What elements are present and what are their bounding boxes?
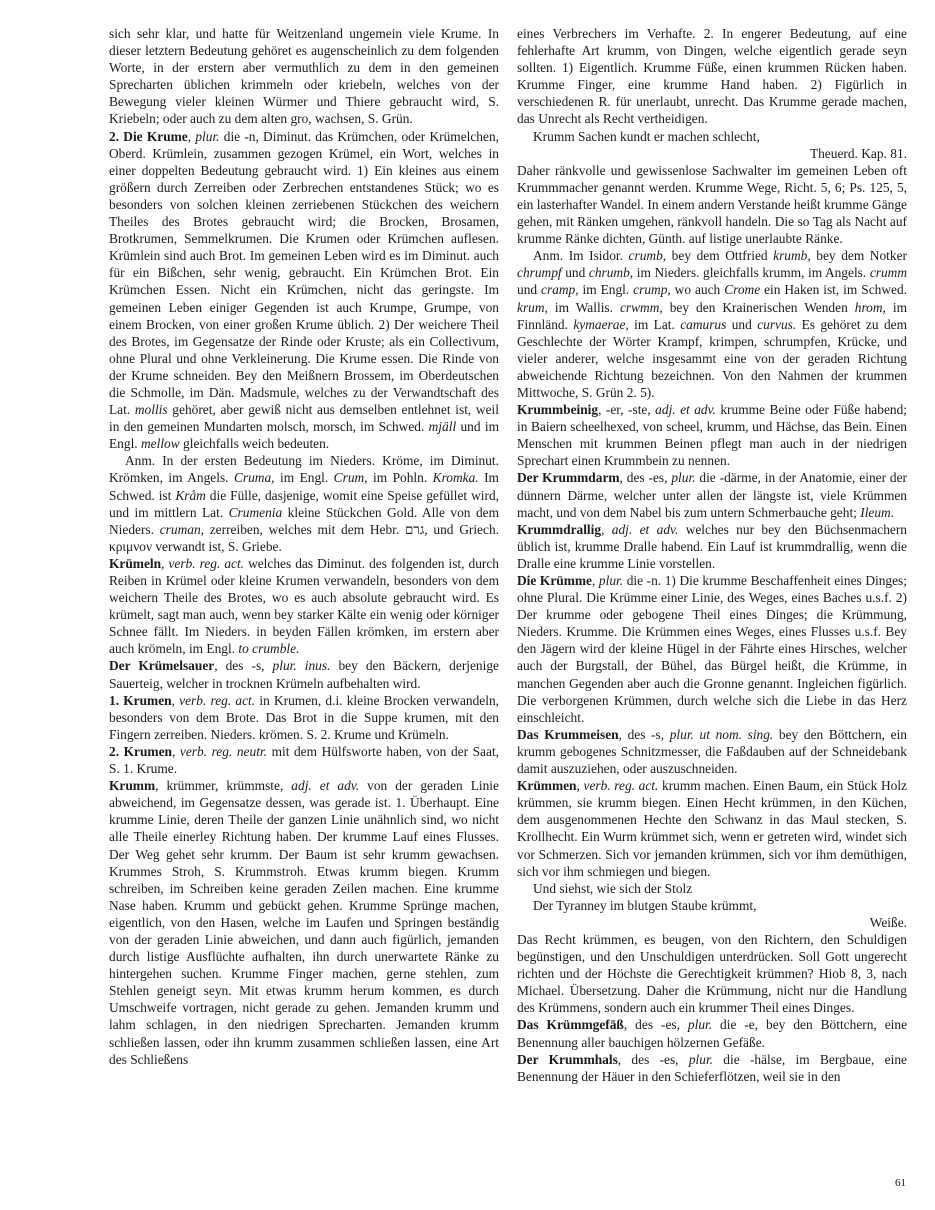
italic-term: chrumpf [517, 265, 562, 280]
italic-term: mjäll [429, 419, 457, 434]
body-text: , krümmer, krümmste, [155, 778, 291, 793]
body-text: im Lat. [629, 317, 680, 332]
italic-term: plur. [195, 129, 219, 144]
headword: Krümeln [109, 556, 161, 571]
body-text: im Engl. [579, 282, 634, 297]
body-text: gleichfalls weich bedeuten. [180, 436, 329, 451]
dictionary-entry: 2. Die Krume, plur. die -n, Diminut. das… [109, 128, 499, 453]
italic-term: verb. reg. act. [179, 693, 255, 708]
body-text: , des -s, [214, 658, 272, 673]
dictionary-entry: Der Krummhals, des -es, plur. die -hälse… [517, 1051, 907, 1085]
dictionary-page: sich sehr klar, und hatte für Weitzenlan… [0, 0, 935, 1210]
italic-term: cramp, [541, 282, 579, 297]
body-text: und [726, 317, 757, 332]
dictionary-entry: Krummbeinig, -er, -ste, adj. et adv. kru… [517, 401, 907, 469]
dictionary-entry: Krümeln, verb. reg. act. welches das Dim… [109, 555, 499, 658]
headword: Der Krümelsauer [109, 658, 214, 673]
dictionary-entry: 1. Krumen, verb. reg. act. in Krumen, d.… [109, 692, 499, 743]
headword: Krummbeinig [517, 402, 598, 417]
body-text: Theuerd. Kap. 81. [810, 146, 907, 161]
dictionary-entry: Die Krümme, plur. die -n. 1) Die krumme … [517, 572, 907, 726]
body-text: , [601, 522, 612, 537]
headword: Der Krummhals [517, 1052, 618, 1067]
left-column: sich sehr klar, und hatte für Weitzenlan… [109, 25, 499, 1068]
body-text: Daher ränkvolle und gewissenlose Sachwal… [517, 163, 907, 246]
italic-term: plur. ut nom. sing. [670, 727, 774, 742]
body-text: und [562, 265, 589, 280]
body-text: , des -s, [619, 727, 670, 742]
verse-line: Krumm Sachen kundt er machen schlecht, [517, 128, 907, 145]
body-text: bey dem Ottfried [666, 248, 773, 263]
italic-term: plur. inus. [273, 658, 331, 673]
body-text: , [577, 778, 584, 793]
italic-term: kymaerae, [573, 317, 628, 332]
page-number: 61 [880, 1177, 906, 1189]
italic-term: cruman, [160, 522, 204, 537]
dictionary-entry: Der Krümelsauer, des -s, plur. inus. bey… [109, 657, 499, 691]
italic-term: plur. [671, 470, 695, 485]
italic-term: Cruma, [234, 470, 275, 485]
body-text: , [172, 744, 180, 759]
body-text: Weiße. [870, 915, 907, 930]
italic-term: Crum, [334, 470, 368, 485]
headword: Krumm [109, 778, 155, 793]
headword: Krümmen [517, 778, 577, 793]
italic-term: verb. reg. act. [168, 556, 244, 571]
right-column: eines Verbrechers im Verhafte. 2. In eng… [517, 25, 907, 1085]
body-text: Anm. Im Isidor. [533, 248, 629, 263]
dictionary-entry: Krumm, krümmer, krümmste, adj. et adv. v… [109, 777, 499, 1068]
italic-term: hrom, [855, 300, 886, 315]
verse-line: Und siehst, wie sich der Stolz [517, 880, 907, 897]
headword: Das Krummeisen [517, 727, 619, 742]
italic-term: Kromka. [433, 470, 479, 485]
italic-term: Crome [724, 282, 760, 297]
italic-term: curvus. [757, 317, 796, 332]
body-text: Das Recht krümmen, es beugen, von den Ri… [517, 932, 907, 1015]
body-text: sich sehr klar, und hatte für Weitzenlan… [109, 26, 499, 126]
headword: Das Krümmgefāß [517, 1017, 624, 1032]
citation: Theuerd. Kap. 81. [517, 145, 907, 162]
italic-term: crumb, [629, 248, 667, 263]
italic-term: chrumb, [589, 265, 633, 280]
italic-term: krum, [517, 300, 548, 315]
citation: Weiße. [517, 914, 907, 931]
italic-term: mellow [141, 436, 180, 451]
body-text: ein Haken ist, im Schwed. [760, 282, 907, 297]
body-text: im Wallis. [548, 300, 620, 315]
italic-term: crumm [870, 265, 907, 280]
italic-term: crump, [633, 282, 671, 297]
verse-line: Der Tyranney im blutgen Staube krümmt, [517, 897, 907, 914]
body-text: Und siehst, wie sich der Stolz [533, 881, 692, 896]
body-text: Krumm Sachen kundt er machen schlecht, [533, 129, 760, 144]
body-text: Der Tyranney im blutgen Staube krümmt, [533, 898, 756, 913]
body-text: die -n, Diminut. das Krümchen, oder Krüm… [109, 129, 499, 418]
italic-term: Crumenia [229, 505, 283, 520]
paragraph: Anm. Im Isidor. crumb, bey dem Ottfried … [517, 247, 907, 401]
body-text: bey dem Notker [811, 248, 907, 263]
body-text: im Engl. [275, 470, 334, 485]
body-text: wo auch [671, 282, 724, 297]
body-text: von der geraden Linie abweichend, im Geg… [109, 778, 499, 1067]
italic-term: verb. reg. act. [584, 778, 659, 793]
italic-term: krumb, [773, 248, 811, 263]
body-text: eines Verbrechers im Verhafte. 2. In eng… [517, 26, 907, 126]
paragraph: sich sehr klar, und hatte für Weitzenlan… [109, 25, 499, 128]
body-text: bey den Krainerischen Wenden [663, 300, 855, 315]
italic-term: camurus [680, 317, 726, 332]
dictionary-entry: Das Krümmgefāß, des -es, plur. die -e, b… [517, 1016, 907, 1050]
italic-term: plur. [599, 573, 623, 588]
body-text: , -er, -ste, [598, 402, 655, 417]
dictionary-entry: Krummdrallig, adj. et adv. welches nur b… [517, 521, 907, 572]
headword: 1. Krumen [109, 693, 172, 708]
body-text: im Nieders. gleichfalls krumm, im Angels… [633, 265, 870, 280]
body-text: krumm machen. Einen Baum, ein Stück Holz… [517, 778, 907, 878]
body-text: , des -es, [620, 470, 672, 485]
italic-term: verb. reg. neutr. [180, 744, 267, 759]
italic-term: Ileum. [860, 505, 894, 520]
paragraph: Das Recht krümmen, es beugen, von den Ri… [517, 931, 907, 1016]
body-text: , [592, 573, 599, 588]
dictionary-entry: Krümmen, verb. reg. act. krumm machen. E… [517, 777, 907, 880]
headword: Der Krummdarm [517, 470, 620, 485]
body-text: und [517, 282, 541, 297]
body-text: , des -es, [624, 1017, 688, 1032]
dictionary-entry: 2. Krumen, verb. reg. neutr. mit dem Hül… [109, 743, 499, 777]
italic-term: crwmm, [620, 300, 663, 315]
headword: 2. Die Krume [109, 129, 188, 144]
headword: Krummdrallig [517, 522, 601, 537]
body-text: die -n. 1) Die krumme Beschaffenheit ein… [517, 573, 907, 725]
italic-term: plur. [688, 1017, 712, 1032]
paragraph: Daher ränkvolle und gewissenlose Sachwal… [517, 162, 907, 247]
body-text: im Pohln. [368, 470, 433, 485]
italic-term: plur. [689, 1052, 713, 1067]
italic-term: mollis [135, 402, 168, 417]
body-text: , des -es, [618, 1052, 689, 1067]
italic-term: adj. et adv. [655, 402, 716, 417]
dictionary-entry: Der Krummdarm, des -es, plur. die -därme… [517, 469, 907, 520]
italic-term: adj. et adv. [291, 778, 359, 793]
paragraph: Anm. In der ersten Bedeutung im Nieders.… [109, 452, 499, 555]
dictionary-entry: Das Krummeisen, des -s, plur. ut nom. si… [517, 726, 907, 777]
italic-term: to crumble. [238, 641, 299, 656]
headword: Die Krümme [517, 573, 592, 588]
paragraph: eines Verbrechers im Verhafte. 2. In eng… [517, 25, 907, 128]
headword: 2. Krumen [109, 744, 172, 759]
italic-term: adj. et adv. [612, 522, 679, 537]
italic-term: Kråm [175, 488, 206, 503]
